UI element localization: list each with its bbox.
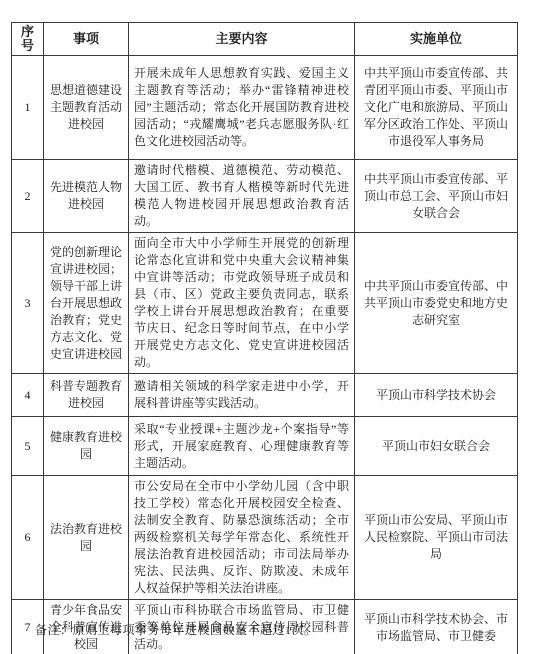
cell-main-content: 邀请相关领域的科学家走进中小学，开展科普讲座等实践活动。 bbox=[129, 374, 355, 417]
cell-units: 中共平顶山市委宣传部、中共平顶山市委党史和地方史志研究室 bbox=[355, 233, 518, 374]
cell-serial-number: 6 bbox=[12, 476, 44, 600]
cell-main-content: 市公安局在全市中小学幼儿园（含中职技工学校）常态化开展校园安全检查、法制安全教育… bbox=[129, 476, 355, 600]
table-row: 6 法治教育进校园 市公安局在全市中小学幼儿园（含中职技工学校）常态化开展校园安… bbox=[12, 476, 518, 600]
table-row: 3 党的创新理论宣讲进校园；领导干部上讲台开展思想政治教育；党史方志文化、党史宣… bbox=[12, 233, 518, 374]
cell-item: 健康教育进校园 bbox=[44, 417, 129, 476]
cell-item: 思想道德建设主题教育活动进校园 bbox=[44, 56, 129, 160]
cell-main-content: 面向全市大中小学师生开展党的创新理论常态化宣讲和党中央重大会议精神集中宣讲等活动… bbox=[129, 233, 355, 374]
schedule-table: 序号 事项 主要内容 实施单位 1 思想道德建设主题教育活动进校园 开展未成年人… bbox=[11, 22, 518, 654]
cell-units: 中共平顶山市委宣传部、共青团平顶山市委、平顶山市文化广电和旅游局、平顶山军分区政… bbox=[355, 56, 518, 160]
table-row: 5 健康教育进校园 采取“专业授课+主题沙龙+个案指导”等形式，开展家庭教育、心… bbox=[12, 417, 518, 476]
cell-serial-number: 3 bbox=[12, 233, 44, 374]
table-row: 1 思想道德建设主题教育活动进校园 开展未成年人思想教育实践、爱国主义主题教育等… bbox=[12, 56, 518, 160]
cell-units: 中共平顶山市委宣传部、平顶山市总工会、平顶山市妇女联合会 bbox=[355, 160, 518, 233]
cell-units: 平顶山市科学技术协会 bbox=[355, 374, 518, 417]
cell-serial-number: 2 bbox=[12, 160, 44, 233]
cell-main-content: 开展未成年人思想教育实践、爱国主义主题教育等活动；举办“雷锋精神进校园”主题活动… bbox=[129, 56, 355, 160]
header-implementing-unit: 实施单位 bbox=[355, 23, 518, 56]
cell-item: 党的创新理论宣讲进校园；领导干部上讲台开展思想政治教育；党史方志文化、党史宣讲进… bbox=[44, 233, 129, 374]
cell-serial-number: 1 bbox=[12, 56, 44, 160]
cell-serial-number: 5 bbox=[12, 417, 44, 476]
document-page: 序号 事项 主要内容 实施单位 1 思想道德建设主题教育活动进校园 开展未成年人… bbox=[0, 0, 547, 654]
cell-serial-number: 4 bbox=[12, 374, 44, 417]
header-item: 事项 bbox=[44, 23, 129, 56]
cell-units: 平顶山市妇女联合会 bbox=[355, 417, 518, 476]
cell-item: 科普专题教育进校园 bbox=[44, 374, 129, 417]
cell-units: 平顶山市科学技术协会、市市场监管局、市卫健委 bbox=[355, 600, 518, 654]
table-row: 2 先进模范人物进校园 邀请时代楷模、道德模范、劳动模范、大国工匠、教书育人楷模… bbox=[12, 160, 518, 233]
header-serial-number: 序号 bbox=[12, 23, 44, 56]
cell-item: 法治教育进校园 bbox=[44, 476, 129, 600]
cell-main-content: 邀请时代楷模、道德模范、劳动模范、大国工匠、教书育人楷模等新时代先进模范人物进校… bbox=[129, 160, 355, 233]
cell-main-content: 采取“专业授课+主题沙龙+个案指导”等形式，开展家庭教育、心理健康教育等主题活动… bbox=[129, 417, 355, 476]
header-main-content: 主要内容 bbox=[129, 23, 355, 56]
table-row: 4 科普专题教育进校园 邀请相关领域的科学家走进中小学，开展科普讲座等实践活动。… bbox=[12, 374, 518, 417]
footnote: 备注：原则上每项事务每年进校园数量不超过1次。 bbox=[35, 622, 317, 639]
table-header-row: 序号 事项 主要内容 实施单位 bbox=[12, 23, 518, 56]
cell-units: 平顶山市公安局、平顶山市人民检察院、平顶山市司法局 bbox=[355, 476, 518, 600]
cell-item: 先进模范人物进校园 bbox=[44, 160, 129, 233]
